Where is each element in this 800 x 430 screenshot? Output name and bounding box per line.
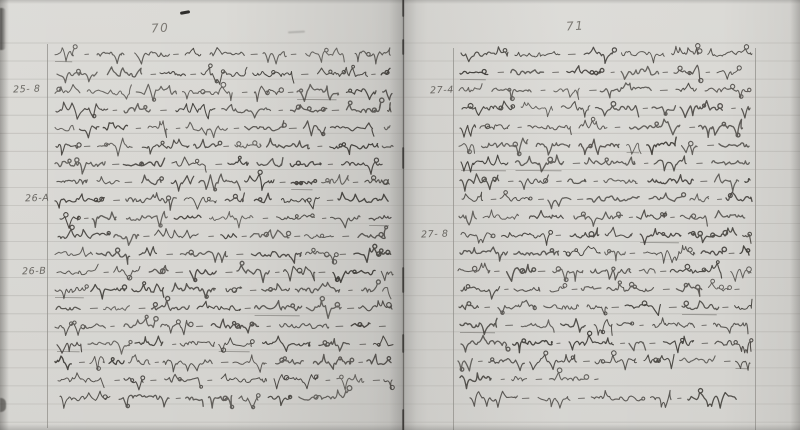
page-number-70: 70: [151, 21, 170, 36]
page-number-71: 71: [566, 19, 585, 34]
scan-edge-left: [0, 0, 9, 430]
page-gutter-shadow: [389, 0, 417, 430]
scan-edge-right: [790, 0, 800, 430]
margin-label: 25- 8: [13, 84, 41, 96]
margin-label: 27- 8: [421, 229, 449, 241]
handwriting-page-71: [458, 44, 753, 409]
margin-label: 26-A: [25, 193, 50, 205]
scan-edge-bottom: [0, 424, 800, 430]
margin-label: 27-4: [430, 85, 454, 97]
notebook-scan: 70 71 25- 8 26-A 26-B 27-4 27- 8: [0, 0, 800, 430]
scan-edge-top: [0, 0, 800, 4]
margin-label: 26-B: [22, 266, 47, 278]
handwriting-page-70: [55, 45, 394, 409]
